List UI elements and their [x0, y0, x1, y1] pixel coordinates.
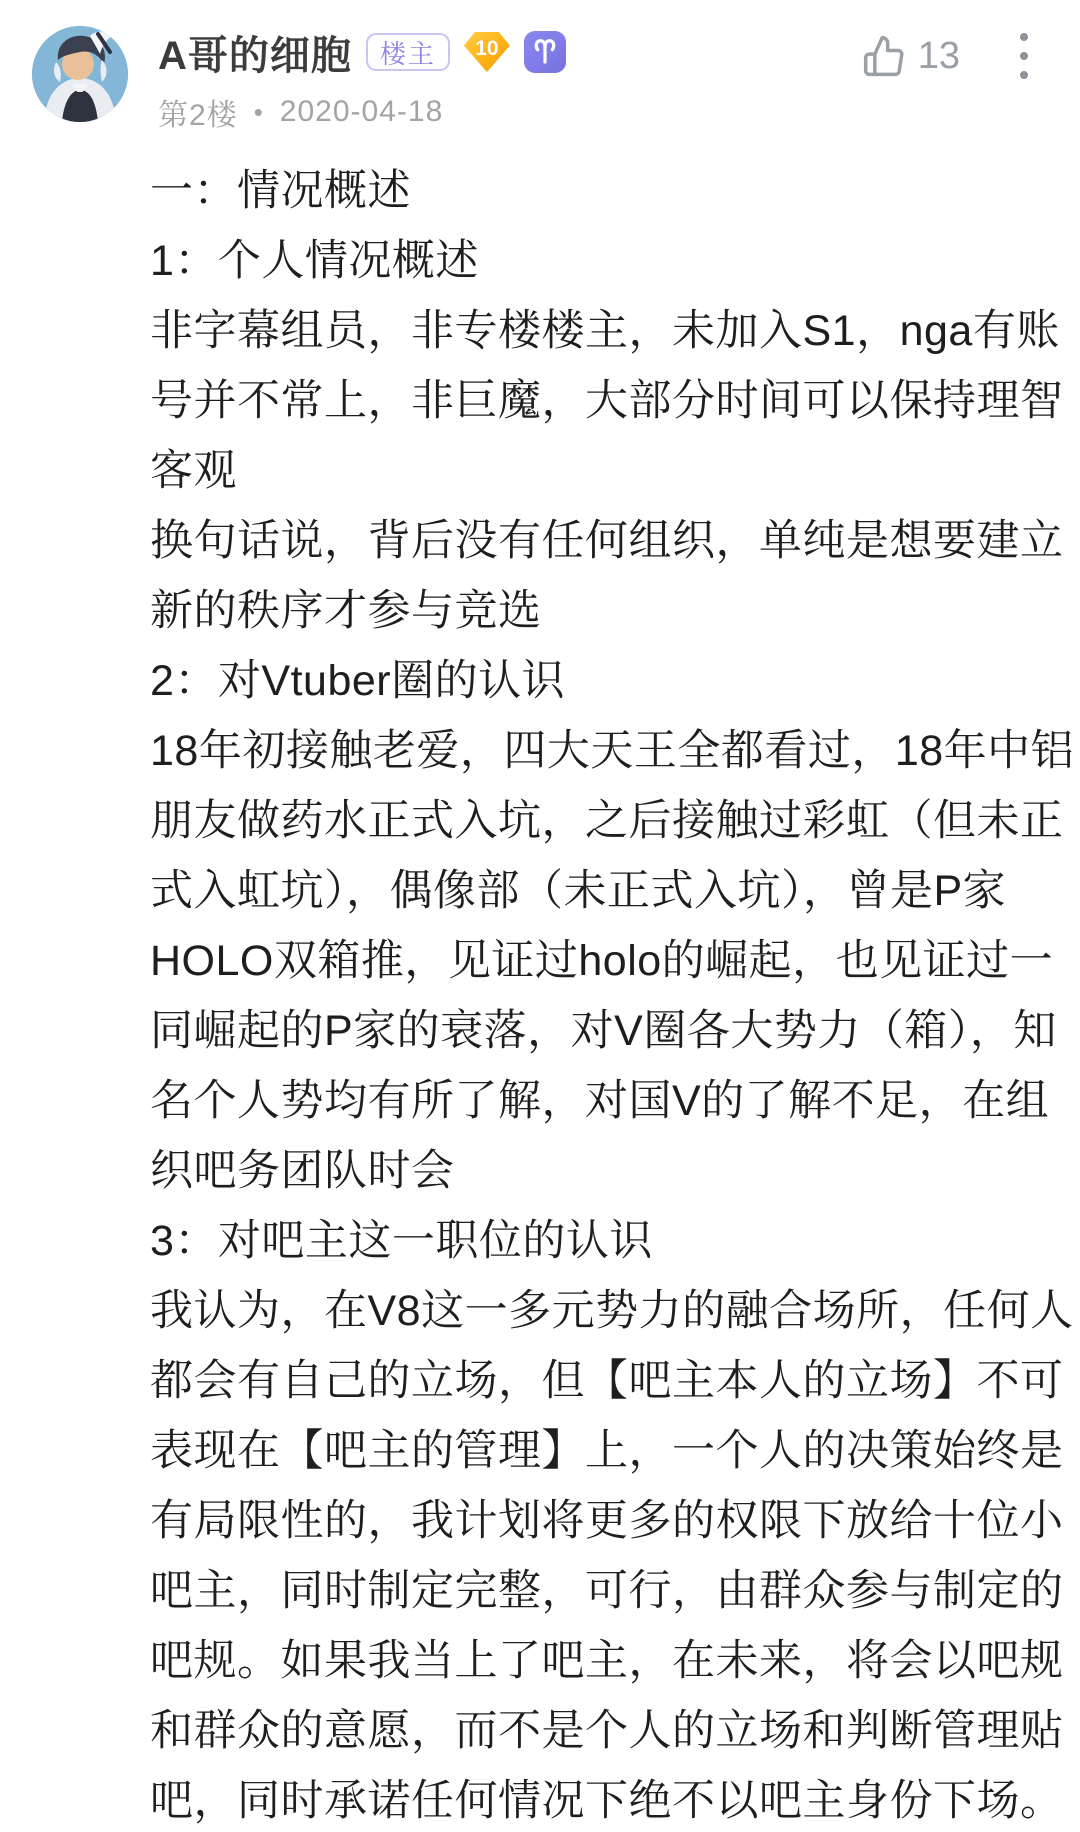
author-name[interactable]: A哥的细胞 — [158, 24, 352, 81]
like-count: 13 — [918, 35, 960, 78]
post-text-line: 和群众的意愿，而不是个人的立场和判断管理贴 — [150, 1696, 1060, 1766]
post-text-line: 都会有自己的立场，但【吧主本人的立场】不可 — [150, 1346, 1060, 1416]
post-text-line: 新的秩序才参与竞选 — [150, 576, 1060, 646]
header-actions: 13 — [862, 30, 1036, 82]
post-text-line: 吧，同时承诺任何情况下绝不以吧主身份下场。 — [150, 1766, 1060, 1832]
user-avatar[interactable] — [32, 26, 128, 122]
floor-label: 第2楼 — [158, 90, 238, 134]
post-text-line: 2：对Vtuber圈的认识 — [150, 646, 1060, 716]
post-text-line: 同崛起的P家的衰落，对V圈各大势力（箱），知 — [150, 996, 1060, 1066]
kebab-menu-icon[interactable] — [1012, 29, 1036, 83]
aries-icon — [524, 31, 566, 73]
post-text-line: 我认为，在V8这一多元势力的融合场所，任何人 — [150, 1276, 1060, 1346]
post-text-line: HOLO双箱推，见证过holo的崛起，也见证过一 — [150, 926, 1060, 996]
post-text-line: 18年初接触老爱，四大天王全都看过，18年中铝 — [150, 716, 1060, 786]
op-badge: 楼主 — [366, 33, 450, 71]
post-content: 一：情况概述1：个人情况概述非字幕组员，非专楼楼主，未加入S1，nga有账号并不… — [0, 156, 1080, 1832]
level-badge: 10 — [464, 32, 510, 72]
post-header: A哥的细胞 楼主 10 第2楼 • 2020-04-18 — [0, 0, 1080, 134]
post-text-line: 3：对吧主这一职位的认识 — [150, 1206, 1060, 1276]
post-meta: 第2楼 • 2020-04-18 — [158, 90, 862, 134]
post-text-line: 非字幕组员，非专楼楼主，未加入S1，nga有账 — [150, 296, 1060, 366]
post-text-line: 朋友做药水正式入坑，之后接触过彩虹（但未正 — [150, 786, 1060, 856]
post-text-line: 名个人势均有所了解，对国V的了解不足，在组 — [150, 1066, 1060, 1136]
thumb-up-icon — [862, 34, 906, 78]
post-text-line: 织吧务团队时会 — [150, 1136, 1060, 1206]
level-badge-number: 10 — [475, 37, 498, 61]
author-info: A哥的细胞 楼主 10 第2楼 • 2020-04-18 — [158, 26, 862, 134]
post-text-line: 客观 — [150, 436, 1060, 506]
like-button[interactable]: 13 — [862, 34, 960, 78]
post-text-line: 一：情况概述 — [150, 156, 1060, 226]
post-text-line: 吧规。如果我当上了吧主，在未来，将会以吧规 — [150, 1626, 1060, 1696]
avatar-image — [32, 26, 128, 122]
post-text-line: 有局限性的，我计划将更多的权限下放给十位小 — [150, 1486, 1060, 1556]
post-date: 2020-04-18 — [280, 95, 443, 129]
post-text-line: 1：个人情况概述 — [150, 226, 1060, 296]
post-text-line: 表现在【吧主的管理】上，一个人的决策始终是 — [150, 1416, 1060, 1486]
post-text-line: 号并不常上，非巨魔，大部分时间可以保持理智 — [150, 366, 1060, 436]
meta-separator: • — [254, 97, 264, 128]
post-text-line: 换句话说，背后没有任何组织，单纯是想要建立 — [150, 506, 1060, 576]
author-name-row: A哥的细胞 楼主 10 — [158, 26, 862, 78]
post-page: A哥的细胞 楼主 10 第2楼 • 2020-04-18 — [0, 0, 1080, 1832]
post-text-line: 式入虹坑），偶像部（未正式入坑），曾是P家 — [150, 856, 1060, 926]
post-text-line: 吧主，同时制定完整，可行，由群众参与制定的 — [150, 1556, 1060, 1626]
